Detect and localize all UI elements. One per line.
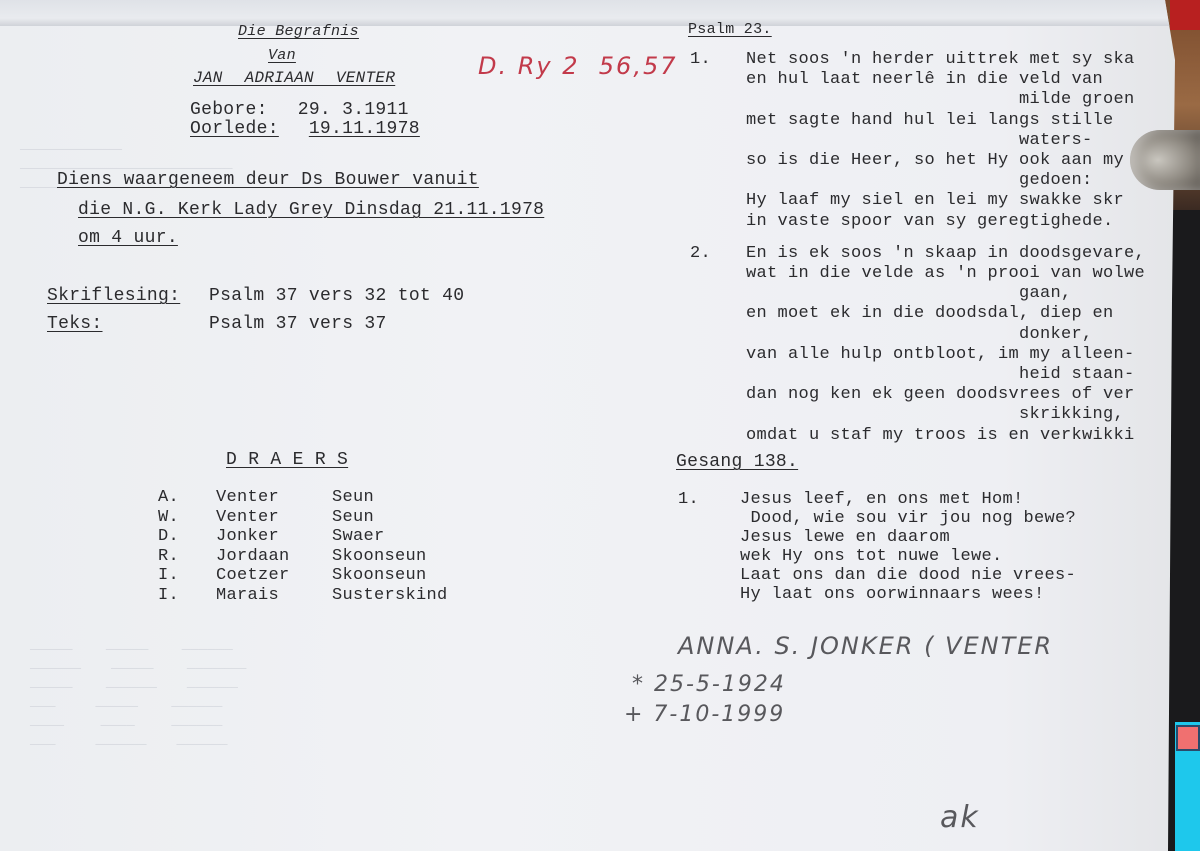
handwritten-initials: ak [940, 800, 980, 835]
verse-line: Dood, wie sou vir jou nog bewe? [740, 509, 1076, 529]
verse-line: gaan, [746, 284, 1072, 304]
reading-value: Psalm 37 vers 32 tot 40 [209, 286, 464, 306]
verse-line: en moet ek in die doodsdal, diep en [746, 304, 1114, 324]
verse-line: van alle hulp ontbloot, im my alleen- [746, 345, 1135, 365]
service-line-1: Diens waargeneem deur Ds Bouwer vanuit [57, 170, 479, 190]
bearer-surname: Venter [216, 488, 332, 508]
verse-line: in vaste spoor van sy geregtighede. [746, 212, 1114, 232]
born-label: Gebore: [190, 100, 268, 120]
bearer-relation: Susterskind [332, 586, 448, 606]
bearer-surname: Marais [216, 586, 332, 606]
service-line-2: die N.G. Kerk Lady Grey Dinsdag 21.11.19… [78, 200, 544, 220]
verse-line: Net soos 'n herder uittrek met sy ska [746, 50, 1135, 70]
bearer-relation: Swaer [332, 527, 385, 547]
text-row: Teks:Psalm 37 vers 37 [47, 314, 387, 334]
verse-line: Laat ons dan die dood nie vrees- [740, 566, 1076, 586]
verse-line: skrikking, [746, 405, 1124, 425]
bearer-initial: A. [158, 488, 216, 508]
verse-line: omdat u staf my troos is en verkwikki [746, 426, 1135, 446]
bearer-row: D.JonkerSwaer [158, 527, 385, 547]
verse-line: milde groen [746, 90, 1135, 110]
verse-line: en hul laat neerlê in die veld van [746, 70, 1103, 90]
heading-title: Die Begrafnis [238, 22, 359, 42]
bearers-title: D R A E R S [226, 450, 348, 470]
verse-line: waters- [746, 131, 1093, 151]
background-object [1170, 0, 1200, 30]
verse-number: 2. [690, 244, 711, 264]
bearer-initial: I. [158, 586, 216, 606]
funeral-program-page: ──────────── ───────────────────────── ─… [0, 0, 1178, 851]
verse-line: gedoen: [746, 171, 1093, 191]
bearer-relation: Seun [332, 488, 374, 508]
handwritten-name: ANNA. S. JONKER ( VENTER [678, 632, 1053, 660]
verse-line: En is ek soos 'n skaap in doodsgevare, [746, 244, 1145, 264]
verse-line: so is die Heer, so het Hy ook aan my [746, 151, 1124, 171]
died-date: 19.11.1978 [309, 119, 420, 139]
reading-row: Skriflesing:Psalm 37 vers 32 tot 40 [47, 286, 464, 306]
bleed-through-text: ───── ───── ────── ────── ───── ─────── … [30, 640, 246, 754]
van-text: Van [268, 47, 296, 64]
paper-fold [0, 0, 1178, 26]
handwritten-died: + 7-10-1999 [624, 702, 785, 727]
verse-line: met sagte hand hul lei langs stille [746, 111, 1114, 131]
bearer-row: I.MaraisSusterskind [158, 586, 448, 606]
gesang-title: Gesang 138. [676, 452, 798, 472]
bearer-relation: Seun [332, 508, 374, 528]
verse-line: Jesus leef, en ons met Hom! [740, 490, 1024, 510]
bearer-row: I.CoetzerSkoonseun [158, 566, 427, 586]
deceased-name-text: JAN ADRIAAN VENTER [193, 69, 395, 87]
verse-number: 1. [678, 490, 699, 510]
bearer-surname: Venter [216, 508, 332, 528]
bearer-surname: Jordaan [216, 547, 332, 567]
title-text: Die Begrafnis [238, 23, 359, 40]
bearer-row: R.JordaanSkoonseun [158, 547, 427, 567]
psalm-title: Psalm 23. [688, 20, 772, 40]
verse-line: Jesus lewe en daarom [740, 528, 950, 548]
bearer-surname: Coetzer [216, 566, 332, 586]
bearer-initial: D. [158, 527, 216, 547]
reading-label: Skriflesing: [47, 286, 209, 306]
verse-line: dan nog ken ek geen doodsvrees of ver [746, 385, 1135, 405]
verse-line: Hy laaf my siel en lei my swakke skr [746, 191, 1124, 211]
heading-van: Van [268, 46, 296, 66]
device-screen-highlight [1176, 725, 1200, 751]
service-line-3: om 4 uur. [78, 228, 178, 248]
born-row: Gebore:29. 3.1911 [190, 100, 409, 120]
died-label: Oorlede: [190, 119, 279, 139]
text-value: Psalm 37 vers 37 [209, 314, 387, 334]
bearer-relation: Skoonseun [332, 566, 427, 586]
bearer-initial: I. [158, 566, 216, 586]
bearer-row: A.VenterSeun [158, 488, 374, 508]
verse-line: Hy laat ons oorwinnaars wees! [740, 585, 1045, 605]
bearer-initial: R. [158, 547, 216, 567]
verse-line: donker, [746, 325, 1093, 345]
bearer-row: W.VenterSeun [158, 508, 374, 528]
red-handwritten-reference: D. Ry 2 56,57 [478, 52, 677, 80]
deceased-name: JAN ADRIAAN VENTER [193, 68, 395, 88]
bearer-relation: Skoonseun [332, 547, 427, 567]
paper-clip [1130, 130, 1200, 190]
text-label: Teks: [47, 314, 209, 334]
verse-number: 1. [690, 50, 711, 70]
bearer-surname: Jonker [216, 527, 332, 547]
bearer-initial: W. [158, 508, 216, 528]
died-row: Oorlede:19.11.1978 [190, 119, 420, 139]
handwritten-born: * 25-5-1924 [632, 672, 786, 697]
verse-line: wek Hy ons tot nuwe lewe. [740, 547, 1003, 567]
verse-line: wat in die velde as 'n prooi van wolwe [746, 264, 1145, 284]
born-date: 29. 3.1911 [298, 100, 409, 120]
verse-line: heid staan- [746, 365, 1135, 385]
